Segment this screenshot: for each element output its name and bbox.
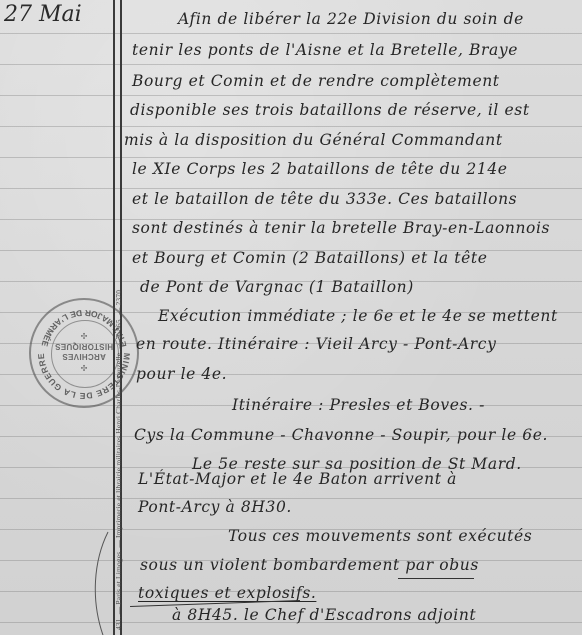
body-line-9: et Bourg et Comin (2 Bataillons) et la t…: [132, 249, 488, 267]
body-line-13: pour le 4e.: [136, 365, 227, 383]
body-line-20: sous un violent bombardement par obus: [140, 556, 479, 574]
body-line-11: Exécution immédiate ; le 6e et le 4e se …: [158, 307, 558, 325]
stamp-ornament-icon: ✣: [31, 331, 137, 340]
scanned-page: 431. — Paris et Limoges. — Imprimerie et…: [0, 0, 582, 635]
archives-stamp: MINISTÈRE DE LA GUERRE ÉTAT-MAJOR DE L'A…: [29, 298, 139, 408]
body-line-1: Afin de libérer la 22e Division du soin …: [178, 10, 524, 28]
ruled-line: [0, 95, 582, 96]
body-line-18: Pont-Arcy à 8H30.: [138, 498, 292, 516]
ruled-line: [0, 157, 582, 158]
body-line-3: Bourg et Comin et de rendre complètement: [132, 72, 500, 90]
pencil-bracket-mark: [86, 530, 116, 635]
ruled-line: [0, 64, 582, 65]
body-line-19: Tous ces mouvements sont exécutés: [228, 527, 532, 545]
ruled-line: [0, 126, 582, 127]
body-line-15: Cys la Commune - Chavonne - Soupir, pour…: [134, 426, 548, 444]
body-line-17: L'État-Major et le 4e Baton arrivent à: [138, 470, 457, 488]
body-line-8: sont destinés à tenir la bretelle Bray-e…: [132, 219, 550, 237]
body-line-7: et le bataillon de tête du 333e. Ces bat…: [132, 190, 517, 208]
underline-stroke: [398, 578, 474, 579]
ruled-line: [0, 33, 582, 34]
body-line-21: toxiques et explosifs.: [138, 584, 316, 602]
stamp-line-2: HISTORIQUES: [31, 342, 137, 351]
margin-date: 27 Mai: [4, 2, 82, 27]
body-line-4: disponible ses trois bataillons de réser…: [130, 101, 530, 119]
stamp-ornament-icon: ✣: [31, 363, 137, 372]
body-line-2: tenir les ponts de l'Aisne et la Bretell…: [132, 41, 518, 59]
stamp-line-1: ARCHIVES: [31, 352, 137, 361]
body-line-5: mis à la disposition du Général Commanda…: [124, 131, 503, 149]
body-line-6: le XIe Corps les 2 bataillons de tête du…: [132, 160, 508, 178]
ruled-line: [0, 188, 582, 189]
body-line-12: en route. Itinéraire : Vieil Arcy - Pont…: [136, 335, 496, 353]
body-line-14: Itinéraire : Presles et Boves. -: [232, 396, 485, 414]
body-line-10: de Pont de Vargnac (1 Bataillon): [140, 278, 414, 296]
body-line-22: à 8H45. le Chef d'Escadrons adjoint: [172, 606, 476, 624]
